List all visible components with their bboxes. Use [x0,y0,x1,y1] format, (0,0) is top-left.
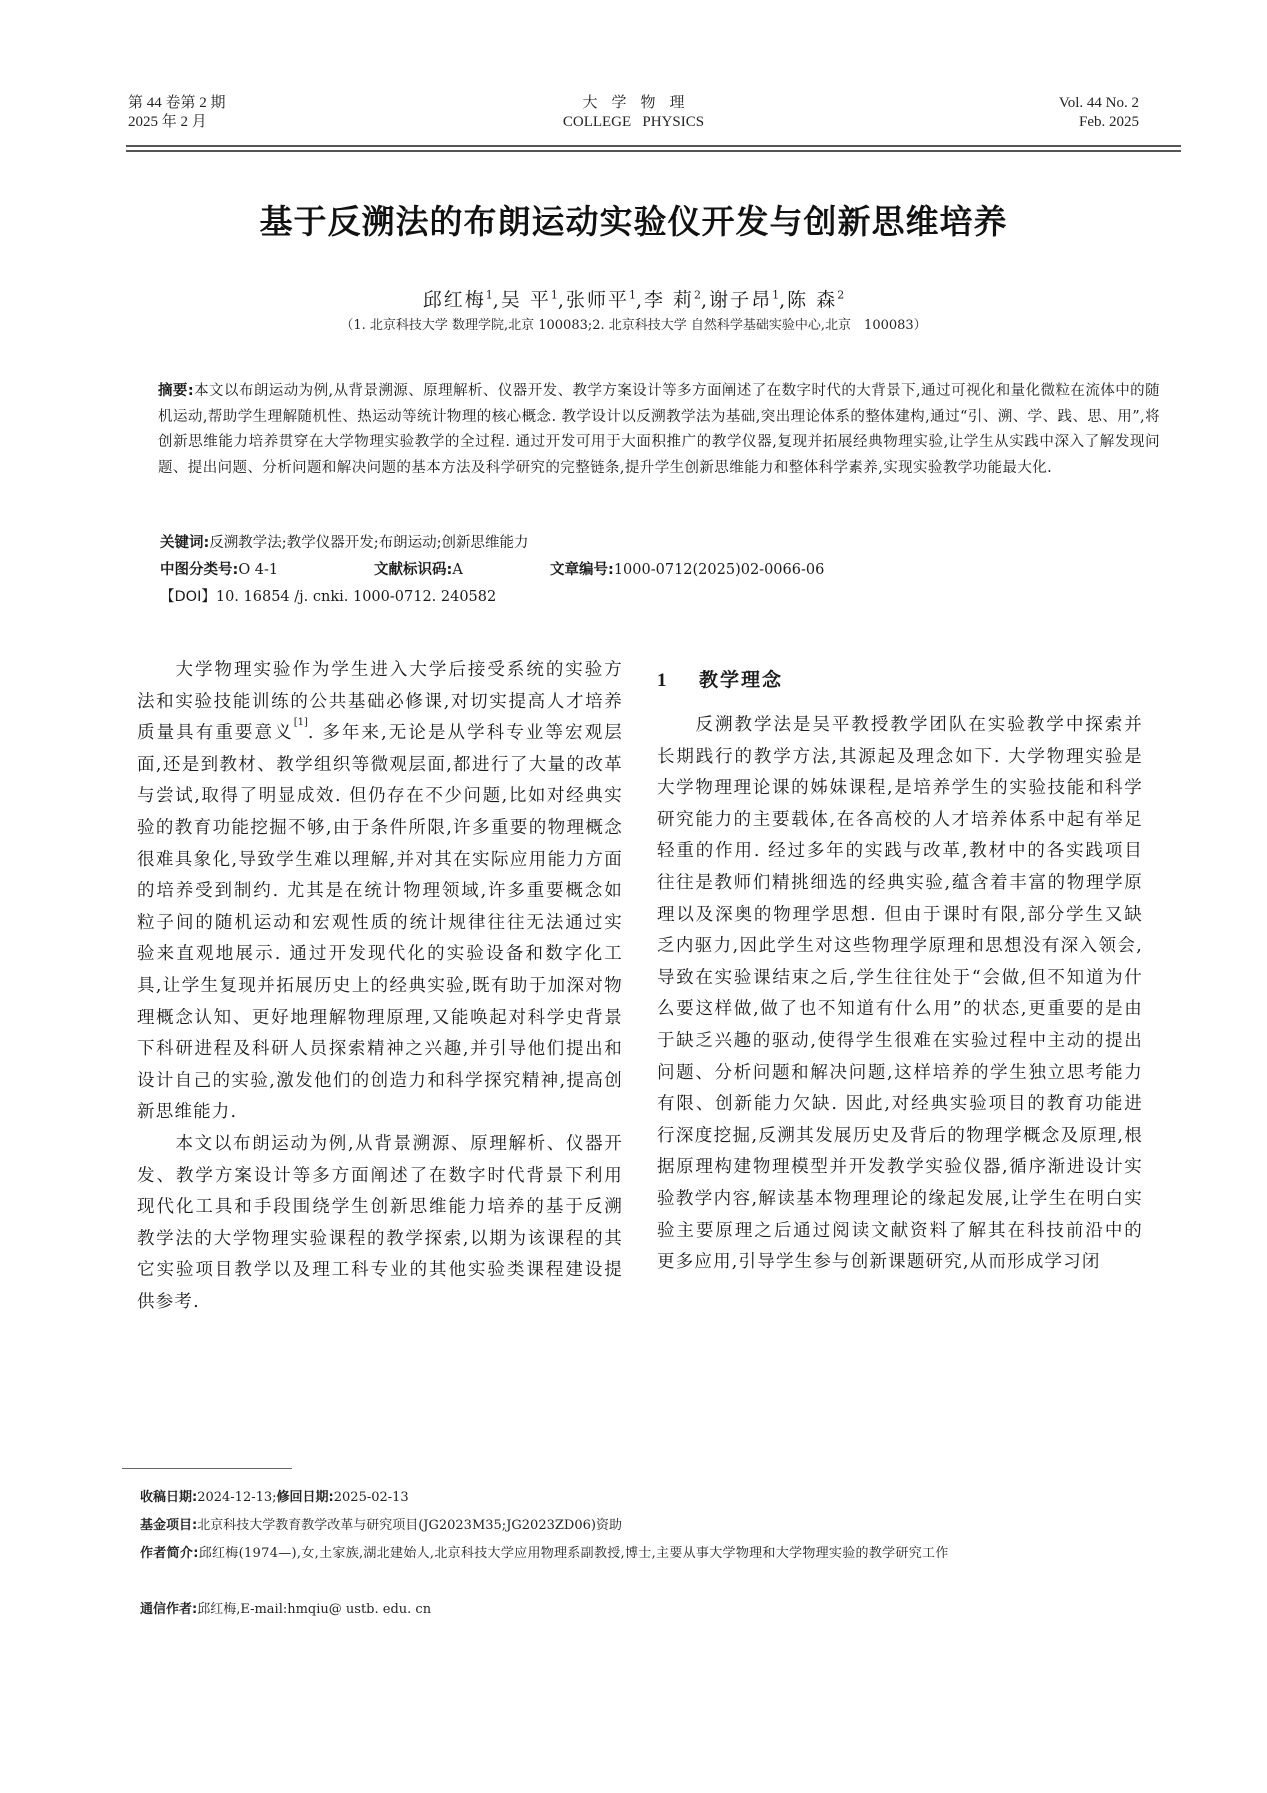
footnote-separator [122,1468,292,1469]
affiliations: （1. 北京科技大学 数理学院,北京 100083;2. 北京科技大学 自然科学… [0,317,1267,335]
classification-line: 中图分类号:O 4-1 文献标识码:A 文章编号:1000-0712(2025)… [160,560,1160,580]
paragraph: 大学物理实验作为学生进入大学后接受系统的实验方法和实验技能训练的公共基础必修课,… [137,655,623,1129]
abstract-text: 本文以布朗运动为例,从背景溯源、原理解析、仪器开发、教学方案设计等多方面阐述了在… [158,383,1160,476]
keywords-line: 关键词:反溯教学法;教学仪器开发;布朗运动;创新思维能力 [160,533,528,553]
keywords: 反溯教学法;教学仪器开发;布朗运动;创新思维能力 [209,535,528,551]
date-en: Feb. 2025 [1059,113,1139,132]
footnote-author-bio: 作者简介:邱红梅(1974—),女,土家族,湖北建始人,北京科技大学应用物理系副… [122,1544,1172,1564]
header-rule-bottom [126,150,1181,152]
header-rule-top [126,145,1181,147]
keywords-label: 关键词: [160,535,209,551]
article-number: 文章编号:1000-0712(2025)02-0066-06 [550,560,824,580]
clc-value: O 4-1 [238,562,278,578]
email-link[interactable]: 邱红梅,E-mail:hmqiu@ ustb. edu. cn [197,1602,431,1617]
section-number: 1 [657,666,699,696]
section-title: 教学理念 [699,669,783,691]
header-volume-en: Vol. 44 No. 2 Feb. 2025 [1059,94,1139,132]
doc-code: 文献标识码:A [374,560,463,580]
doi-line: 【DOI】10. 16854 /j. cnki. 1000-0712. 2405… [160,587,496,607]
article-title: 基于反溯法的布朗运动实验仪开发与创新思维培养 [0,200,1267,244]
author: 邱红梅1 [423,289,493,311]
body-column-left: 大学物理实验作为学生进入大学后接受系统的实验方法和实验技能训练的公共基础必修课,… [137,655,623,1318]
footnote-fund: 基金项目:北京科技大学教育教学改革与研究项目(JG2023M35;JG2023Z… [140,1516,1170,1536]
paragraph: 反溯教学法是吴平教授教学团队在实验教学中探索并长期践行的教学方法,其源起及理念如… [657,710,1143,1279]
doi-label: 【DOI】 [160,589,216,605]
body-column-right: 1教学理念 反溯教学法是吴平教授教学团队在实验教学中探索并长期践行的教学方法,其… [657,665,1143,1279]
footnote-dates: 收稿日期:2024-12-13;修回日期:2025-02-13 [140,1488,1170,1508]
citation-link[interactable]: [1] [294,717,308,728]
author: 陈 森2 [787,289,844,311]
paragraph: 本文以布朗运动为例,从背景溯源、原理解析、仪器开发、教学方案设计等多方面阐述了在… [137,1129,623,1319]
author: 张师平1 [566,289,636,311]
clc-label: 中图分类号: [160,562,238,578]
author: 李 莉2 [644,289,701,311]
section-heading: 1教学理念 [657,665,1143,696]
author: 吴 平1 [501,289,558,311]
author-list: 邱红梅1,吴 平1,张师平1,李 莉2,谢子昂1,陈 森2 [0,283,1267,313]
abstract-label: 摘要: [158,383,194,399]
doi-link[interactable]: 10. 16854 /j. cnki. 1000-0712. 240582 [216,589,496,605]
volume-issue-en: Vol. 44 No. 2 [1059,94,1139,113]
author: 谢子昂1 [709,289,779,311]
abstract: 摘要:本文以布朗运动为例,从背景溯源、原理解析、仪器开发、教学方案设计等多方面阐… [158,379,1160,481]
footnote-corresponding: 通信作者:邱红梅,E-mail:hmqiu@ ustb. edu. cn [140,1600,1170,1620]
